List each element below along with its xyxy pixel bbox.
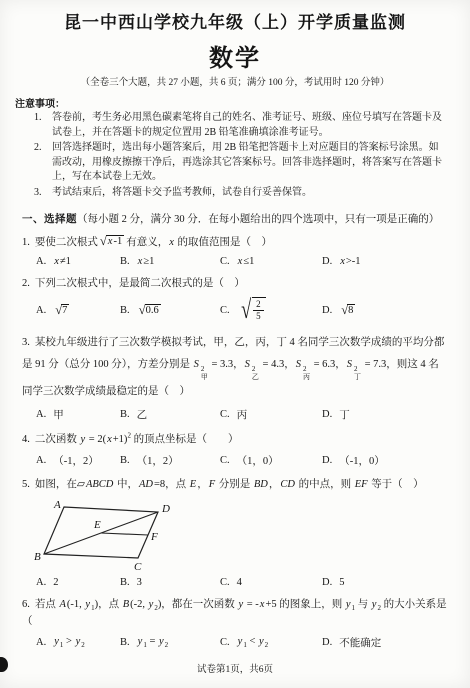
- page-title: 昆一中西山学校九年级（上）开学质量监测: [22, 12, 448, 34]
- question-2-stem: 2.下列二次根式中，是最简二次根式的是（ ）: [22, 276, 448, 293]
- option-label: B.: [120, 637, 130, 648]
- option-content: √0.6: [137, 304, 163, 317]
- option-content: 4: [237, 577, 242, 588]
- option-content: y1 < y2: [237, 636, 269, 649]
- exam-info-line: （全卷三个大题，共 27 小题，共 6 页；满分 100 分，考试用时 120 …: [22, 74, 448, 88]
- parallelogram-figure: A D E F B C: [34, 497, 194, 573]
- question-number: 4.: [22, 434, 30, 445]
- option-content: y1 > y2: [53, 636, 85, 649]
- question-stem-text: 下列二次根式中，是最简二次根式的是（ ）: [35, 278, 245, 289]
- option-content: 丙: [237, 407, 248, 422]
- option-label: D.: [322, 409, 332, 420]
- option-A: A.x≠1: [36, 256, 120, 267]
- option-content: （1，0）: [237, 453, 279, 468]
- question-4-options: A.（-1，2） B.（1，2） C.（1，0） D.（-1，0）: [36, 453, 448, 468]
- option-D: D.不能确定: [322, 635, 448, 650]
- option-B: B.（1，2）: [120, 453, 220, 468]
- option-C: C.y1 < y2: [220, 636, 322, 649]
- option-label: B.: [120, 256, 130, 267]
- notice-item-text: 答卷前，考生务必用黑色碳素笔将自己的姓名、准考证号、班级、座位号填写在答题卡及试…: [52, 111, 448, 140]
- option-content: （-1，0）: [339, 453, 385, 468]
- option-label: D.: [322, 305, 332, 316]
- option-label: A.: [36, 577, 46, 588]
- question-5-options: A.2 B.3 C.4 D.5: [36, 577, 448, 588]
- question-1-options: A.x≠1 B.x≥1 C.x≤1 D.x>-1: [36, 256, 448, 267]
- option-label: A.: [36, 305, 46, 316]
- page-footer: 试卷第1页，共6页: [0, 661, 470, 675]
- option-B: B.x≥1: [120, 256, 220, 267]
- question-1: 1.要使二次根式√x-1有意义，x 的取值范围是（ ） A.x≠1 B.x≥1 …: [22, 235, 448, 267]
- notice-item-1: 1. 答卷前，考生务必用黑色碳素笔将自己的姓名、准考证号、班级、座位号填写在答题…: [34, 111, 448, 140]
- option-label: A.: [36, 637, 46, 648]
- notice-item-2: 2. 回答选择题时，选出每小题答案后，用 2B 铅笔把答题卡上对应题目的答案标号…: [34, 141, 448, 185]
- notice-item-text: 回答选择题时，选出每小题答案后，用 2B 铅笔把答题卡上对应题目的答案标号涂黑。…: [52, 141, 448, 185]
- option-C: C.（1，0）: [220, 453, 322, 468]
- notice-item-number: 3.: [34, 186, 52, 201]
- option-D: D.5: [322, 577, 448, 588]
- question-stem-text: 若点 A(-1, y1)，点 B(-2, y2)，都在一次函数 y = -x+5…: [22, 599, 447, 627]
- option-label: B.: [120, 409, 130, 420]
- question-stem-text: 二次函数 y = 2(x+1)2 的顶点坐标是（ ）: [35, 434, 239, 445]
- figure-label-a: A: [53, 499, 61, 511]
- option-B: B.3: [120, 577, 220, 588]
- question-6-options: A.y1 > y2 B.y1 = y2 C.y1 < y2 D.不能确定: [36, 635, 448, 650]
- option-label: A.: [36, 409, 46, 420]
- option-content: 不能确定: [339, 635, 381, 650]
- question-5-stem: 5.如图，在▱ABCD 中，AD=8，点 E，F 分别是 BD，CD 的中点，则…: [22, 477, 448, 494]
- question-stem-text: 某校九年级进行了三次数学模拟考试，甲，乙，丙，丁 4 名同学三次数学成绩的平均分…: [22, 337, 444, 397]
- option-content: 丁: [339, 407, 350, 422]
- question-number: 3.: [22, 337, 30, 348]
- question-5: 5.如图，在▱ABCD 中，AD=8，点 E，F 分别是 BD，CD 的中点，则…: [22, 477, 448, 588]
- option-label: A.: [36, 455, 46, 466]
- option-A: A.y1 > y2: [36, 636, 120, 649]
- option-label: D.: [322, 577, 332, 588]
- option-content: y1 = y2: [137, 636, 169, 649]
- option-B: B.√0.6: [120, 304, 220, 317]
- question-2: 2.下列二次根式中，是最简二次根式的是（ ） A.√7 B.√0.6 C.√25…: [22, 276, 448, 323]
- option-label: C.: [220, 455, 230, 466]
- option-content: 2: [53, 577, 58, 588]
- figure-label-d: D: [161, 503, 170, 515]
- option-label: B.: [120, 577, 130, 588]
- option-label: A.: [36, 256, 46, 267]
- question-stem-text: 如图，在▱ABCD 中，AD=8，点 E，F 分别是 BD，CD 的中点，则 E…: [35, 479, 424, 490]
- option-content: 5: [339, 577, 344, 588]
- option-content: 甲: [53, 407, 64, 422]
- option-D: D.（-1，0）: [322, 453, 448, 468]
- section-heading-rest: （每小题 2 分，满分 30 分．在每小题给出的四个选项中，只有一项是正确的）: [77, 214, 439, 225]
- question-3: 3.某校九年级进行了三次数学模拟考试，甲，乙，丙，丁 4 名同学三次数学成绩的平…: [22, 332, 448, 421]
- notice-item-number: 2.: [34, 141, 52, 185]
- option-B: B.乙: [120, 407, 220, 422]
- option-content: x≠1: [53, 256, 71, 267]
- option-A: A.（-1，2）: [36, 453, 120, 468]
- option-label: B.: [120, 455, 130, 466]
- option-content: 乙: [137, 407, 148, 422]
- question-6: 6.若点 A(-1, y1)，点 B(-2, y2)，都在一次函数 y = -x…: [22, 597, 448, 650]
- notice-item-number: 1.: [34, 111, 52, 140]
- figure-label-b: B: [34, 551, 41, 563]
- question-number: 1.: [22, 237, 30, 248]
- option-D: D.x>-1: [322, 256, 448, 267]
- figure-label-f: F: [150, 531, 158, 543]
- option-C: C.丙: [220, 407, 322, 422]
- question-3-stem: 3.某校九年级进行了三次数学模拟考试，甲，乙，丙，丁 4 名同学三次数学成绩的平…: [22, 332, 448, 402]
- option-C: C.x≤1: [220, 256, 322, 267]
- option-label: B.: [120, 305, 130, 316]
- option-A: A.甲: [36, 407, 120, 422]
- notice-item-3: 3. 考试结束后，将答题卡交予监考教师，试卷自行妥善保管。: [34, 186, 448, 201]
- option-label: D.: [322, 455, 332, 466]
- question-1-stem: 1.要使二次根式√x-1有意义，x 的取值范围是（ ）: [22, 235, 448, 252]
- option-C: C.√25: [220, 297, 322, 324]
- section-heading-bold: 一、选择题: [22, 214, 77, 225]
- question-number: 2.: [22, 278, 30, 289]
- question-4-stem: 4.二次函数 y = 2(x+1)2 的顶点坐标是（ ）: [22, 431, 448, 449]
- segment-EF: [101, 533, 148, 535]
- question-4: 4.二次函数 y = 2(x+1)2 的顶点坐标是（ ） A.（-1，2） B.…: [22, 431, 448, 468]
- option-content: （-1，2）: [53, 453, 99, 468]
- option-content: x>-1: [339, 256, 360, 267]
- option-content: （1，2）: [137, 453, 179, 468]
- section-heading: 一、选择题（每小题 2 分，满分 30 分．在每小题给出的四个选项中，只有一项是…: [22, 211, 448, 226]
- subject-title: 数学: [22, 38, 448, 73]
- option-B: B.y1 = y2: [120, 636, 220, 649]
- option-content: √7: [53, 304, 71, 317]
- option-content: x≤1: [237, 256, 255, 267]
- question-number: 5.: [22, 479, 30, 490]
- page-footer-text: 试卷第1页，共6页: [197, 665, 273, 675]
- question-6-stem: 6.若点 A(-1, y1)，点 B(-2, y2)，都在一次函数 y = -x…: [22, 597, 448, 631]
- option-label: D.: [322, 637, 332, 648]
- option-A: A.√7: [36, 304, 120, 317]
- option-content: √8: [339, 304, 357, 317]
- question-number: 6.: [22, 599, 30, 610]
- question-3-options: A.甲 B.乙 C.丙 D.丁: [36, 407, 448, 422]
- option-label: C.: [220, 305, 230, 316]
- notice-heading: 注意事项：: [15, 95, 448, 110]
- figure-label-c: C: [134, 561, 142, 573]
- option-label: D.: [322, 256, 332, 267]
- option-label: C.: [220, 637, 230, 648]
- notice-section: 注意事项： 1. 答卷前，考生务必用黑色碳素笔将自己的姓名、准考证号、班级、座位…: [22, 95, 448, 200]
- option-content: x≥1: [137, 256, 155, 267]
- question-2-options: A.√7 B.√0.6 C.√25 D.√8: [36, 297, 448, 324]
- option-D: D.√8: [322, 304, 448, 317]
- figure-label-e: E: [93, 519, 101, 531]
- option-C: C.4: [220, 577, 322, 588]
- option-content: 3: [137, 577, 142, 588]
- exam-page: 昆一中西山学校九年级（上）开学质量监测 数学 （全卷三个大题，共 27 小题，共…: [0, 0, 470, 688]
- option-label: C.: [220, 256, 230, 267]
- notice-item-text: 考试结束后，将答题卡交予监考教师，试卷自行妥善保管。: [52, 186, 448, 201]
- question-stem-text: 要使二次根式√x-1有意义，x 的取值范围是（ ）: [35, 237, 272, 248]
- option-label: C.: [220, 409, 230, 420]
- option-label: C.: [220, 577, 230, 588]
- option-D: D.丁: [322, 407, 448, 422]
- option-A: A.2: [36, 577, 120, 588]
- option-content: √25: [237, 297, 268, 324]
